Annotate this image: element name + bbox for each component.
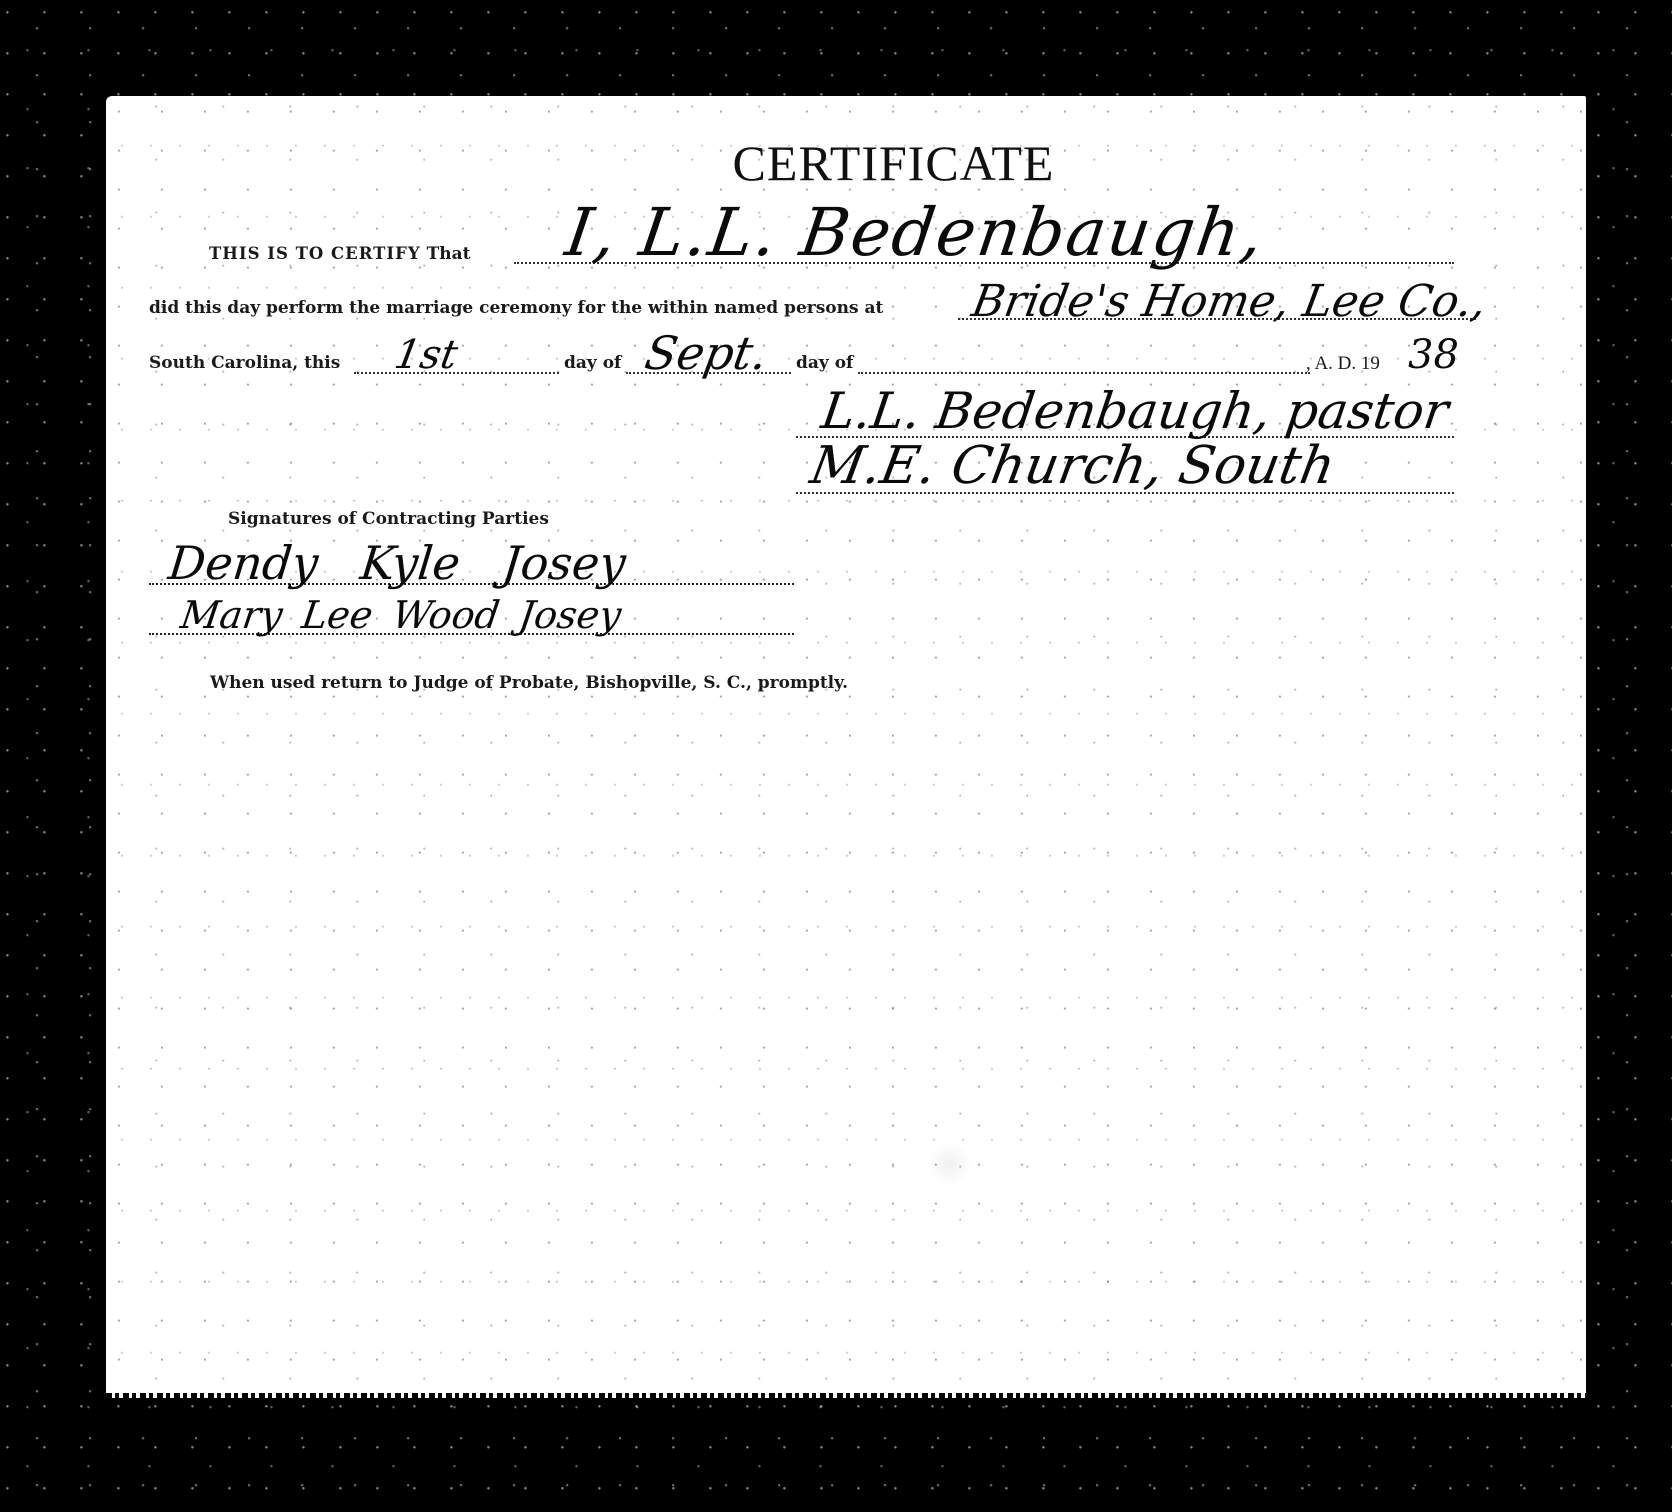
groom-signature: Dendy Kyle Josey bbox=[166, 536, 628, 590]
day-of-text: day of bbox=[564, 353, 621, 373]
bride-signature: Mary Lee Wood Josey bbox=[178, 593, 624, 637]
officiant-name-handwritten: I, L.L. Bedenbaugh, bbox=[561, 194, 1270, 271]
year-handwritten: 38 bbox=[1408, 332, 1459, 378]
officiant-signature-line2: M.E. Church, South bbox=[806, 436, 1339, 496]
contracting-parties-label: Signatures of Contracting Parties bbox=[228, 509, 549, 529]
certify-that-text: That bbox=[427, 244, 471, 264]
day-handwritten: 1st bbox=[391, 332, 461, 378]
certify-line: THIS IS TO CERTIFY That bbox=[209, 244, 470, 264]
state-text: South Carolina, this bbox=[149, 353, 340, 373]
day-dotline bbox=[354, 372, 559, 374]
year-dotline bbox=[858, 372, 1310, 374]
torn-bottom-edge bbox=[106, 1393, 1586, 1398]
faint-stain-mark bbox=[928, 1142, 972, 1186]
ceremony-line-text: did this day perform the marriage ceremo… bbox=[149, 298, 883, 318]
month-handwritten: Sept. bbox=[641, 326, 772, 380]
certificate-title: CERTIFICATE bbox=[106, 134, 1586, 192]
day-of-text-2: day of bbox=[796, 353, 853, 373]
certify-caps-text: THIS IS TO CERTIFY bbox=[209, 244, 421, 263]
return-instructions-text: When used return to Judge of Probate, Bi… bbox=[210, 673, 848, 693]
officiant-signature-line1: L.L. Bedenbaugh, pastor bbox=[818, 382, 1452, 440]
anno-domini-text: , A. D. 19 bbox=[1306, 353, 1380, 375]
location-handwritten: Bride's Home, Lee Co., bbox=[968, 276, 1491, 327]
certificate-paper: CERTIFICATE THIS IS TO CERTIFY That I, L… bbox=[106, 96, 1586, 1398]
